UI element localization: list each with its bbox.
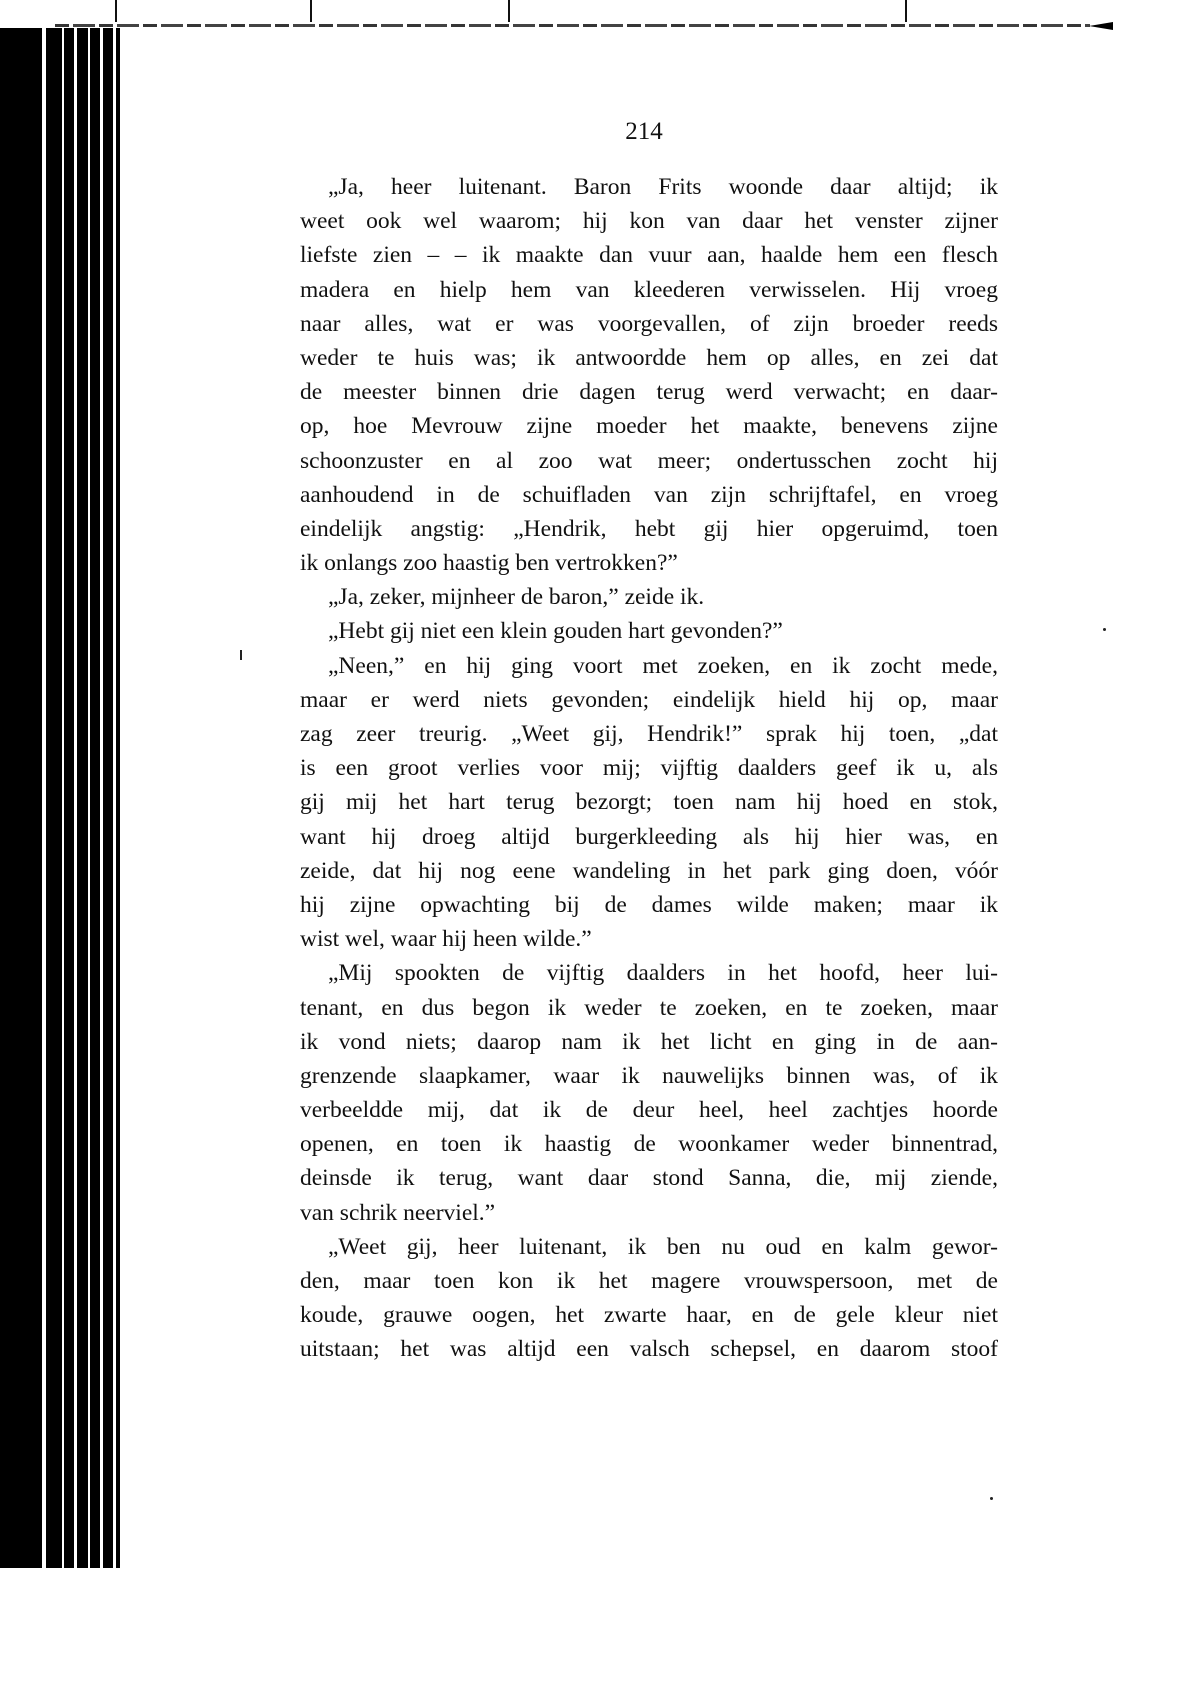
text-line: want hij droeg altijd burgerkleeding als… (300, 820, 998, 854)
scan-speck (1103, 628, 1106, 631)
paragraph: „Neen,” en hij ging voort met zoeken, en… (300, 649, 998, 957)
text-line: „Mij spookten de vijftig daalders in het… (300, 956, 998, 990)
text-line: maar er werd niets gevonden; eindelijk h… (300, 683, 998, 717)
text-line: madera en hielp hem van kleederen verwis… (300, 273, 998, 307)
body-text: „Ja, heer luitenant. Baron Frits woonde … (300, 170, 998, 1367)
paragraph: „Ja, heer luitenant. Baron Frits woonde … (300, 170, 998, 580)
text-line: ik onlangs zoo haastig ben vertrokken?” (300, 546, 998, 580)
text-line: aanhoudend in de schuifladen van zijn sc… (300, 478, 998, 512)
scan-tick-mark (905, 0, 907, 22)
text-line: van schrik neerviel.” (300, 1196, 998, 1230)
text-line: deinsde ik terug, want daar stond Sanna,… (300, 1161, 998, 1195)
scan-tick-mark (508, 0, 510, 22)
text-line: gij mij het hart terug bezorgt; toen nam… (300, 785, 998, 819)
text-line: „Ja, zeker, mijnheer de baron,” zeide ik… (300, 580, 998, 614)
text-line: tenant, en dus begon ik weder te zoeken,… (300, 991, 998, 1025)
paragraph: „Ja, zeker, mijnheer de baron,” zeide ik… (300, 580, 998, 614)
scan-speck (990, 1497, 993, 1500)
scan-tick-mark (115, 0, 117, 22)
scan-top-edge (55, 24, 1090, 27)
text-line: uitstaan; het was altijd een valsch sche… (300, 1332, 998, 1366)
text-line: „Neen,” en hij ging voort met zoeken, en… (300, 649, 998, 683)
text-line: koude, grauwe oogen, het zwarte haar, en… (300, 1298, 998, 1332)
text-line: eindelijk angstig: „Hendrik, hebt gij hi… (300, 512, 998, 546)
text-line: openen, en toen ik haastig de woonkamer … (300, 1127, 998, 1161)
paragraph: „Hebt gij niet een klein gouden hart gev… (300, 614, 998, 648)
paragraph: „Mij spookten de vijftig daalders in het… (300, 956, 998, 1230)
text-line: weet ook wel waarom; hij kon van daar he… (300, 204, 998, 238)
text-line: schoonzuster en al zoo wat meer; ondertu… (300, 444, 998, 478)
text-line: de meester binnen drie dagen terug werd … (300, 375, 998, 409)
text-line: den, maar toen kon ik het magere vrouwsp… (300, 1264, 998, 1298)
text-line: „Hebt gij niet een klein gouden hart gev… (300, 614, 998, 648)
scanned-book-page: 214 „Ja, heer luitenant. Baron Frits woo… (0, 0, 1113, 1568)
text-line: liefste zien – – ik maakte dan vuur aan,… (300, 238, 998, 272)
text-line: zag zeer treurig. „Weet gij, Hendrik!” s… (300, 717, 998, 751)
page-number: 214 (0, 118, 1113, 146)
text-line: hij zijne opwachting bij de dames wilde … (300, 888, 998, 922)
paragraph: „Weet gij, heer luitenant, ik ben nu oud… (300, 1230, 998, 1367)
scan-tick-mark (310, 0, 312, 22)
text-line: naar alles, wat er was voorgevallen, of … (300, 307, 998, 341)
text-line: „Weet gij, heer luitenant, ik ben nu oud… (300, 1230, 998, 1264)
book-spine-page-edges (0, 28, 130, 1568)
text-line: op, hoe Mevrouw zijne moeder het maakte,… (300, 409, 998, 443)
text-line: grenzende slaapkamer, waar ik nauwelijks… (300, 1059, 998, 1093)
scan-edge-arrow (1089, 22, 1113, 30)
text-line: weder te huis was; ik antwoordde hem op … (300, 341, 998, 375)
text-line: zeide, dat hij nog eene wandeling in het… (300, 854, 998, 888)
text-line: wist wel, waar hij heen wilde.” (300, 922, 998, 956)
book-spine-edge (118, 28, 120, 1568)
scan-speck (240, 650, 242, 660)
text-line: „Ja, heer luitenant. Baron Frits woonde … (300, 170, 998, 204)
text-line: verbeeldde mij, dat ik de deur heel, hee… (300, 1093, 998, 1127)
text-line: is een groot verlies voor mij; vijftig d… (300, 751, 998, 785)
text-line: ik vond niets; daarop nam ik het licht e… (300, 1025, 998, 1059)
